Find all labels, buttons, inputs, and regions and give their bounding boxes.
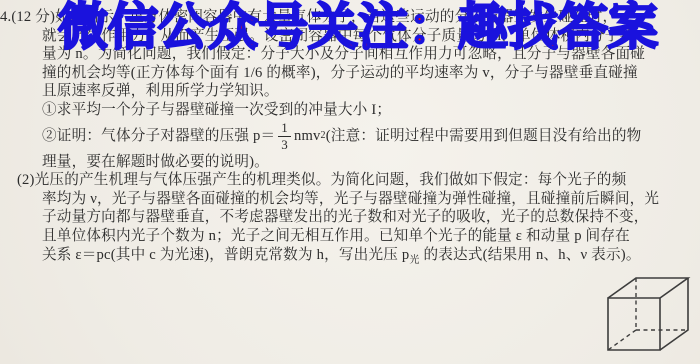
cube-hidden-depth-edge [608,330,636,350]
cube-top-face-edges [608,278,688,298]
problem-line-2: 就会产生作用力，从而产生压强。设密闭容器中每个气体分子质量为 m，单位体积内分子… [42,27,700,46]
formula-term: nmv [294,127,321,146]
formula-post-text: (注意：证明过程中需要用到但题目没有给出的物 [326,127,642,146]
formula-pre-text: ②证明：气体分子对器壁的压强 p＝ [42,127,275,146]
problem-line-9: (2)光压的产生机理与气体压强产生的机理类似。为简化问题，我们做如下假定：每个光… [17,171,700,190]
problem-line-4: 撞的机会均等(正方体每个面有 1/6 的概率)，分子运动的平均速率为 v，分子与… [42,64,700,83]
problem-line-11: 子动量方向都与器壁垂直，不考虑器壁发出的光子数和对光子的吸收，光子的总数保持不变… [42,208,700,227]
problem-line-1: 4.(12 分)如图所示，正方体密闭容器中有大量气体分子，当这些运动的分子与器壁… [0,8,700,27]
problem-line-6: ①求平均一个分子与器壁碰撞一次受到的冲量大小 I； [42,101,700,120]
light-pressure-pre-text: 关系 ε＝pc(其中 c 为光速)，普朗克常数为 h，写出光压 p [42,247,409,263]
fraction-numerator: 1 [278,121,291,137]
cube-wireframe-figure [598,272,698,360]
cube-front-face [608,298,660,350]
problem-line-5: 且原速率反弹，利用所学力学知识。 [42,82,700,101]
problem-line-7-formula: ②证明：气体分子对器壁的压强 p＝13nmv2(注意：证明过程中需要用到但题目没… [42,120,700,153]
light-pressure-subscript: 光 [409,254,419,265]
problem-line-10: 率均为 ν，光子与器壁各面碰撞的机会均等，光子与器壁碰撞为弹性碰撞，且碰撞前后瞬… [42,190,700,209]
fraction-denominator: 3 [281,137,288,152]
problem-line-12: 且单位体积内光子个数为 n；光子之间无相互作用。已知单个光子的能量 ε 和动量 … [42,227,700,246]
problem-line-8: 理量，要在解题时做必要的说明)。 [42,153,700,172]
exam-page: 4.(12 分)如图所示，正方体密闭容器中有大量气体分子，当这些运动的分子与器壁… [0,0,700,364]
fraction-one-third: 13 [278,121,291,151]
problem-text-block: 4.(12 分)如图所示，正方体密闭容器中有大量气体分子，当这些运动的分子与器壁… [0,8,700,264]
problem-line-13: 关系 ε＝pc(其中 c 为光速)，普朗克常数为 h，写出光压 p光 的表达式(… [42,246,700,265]
problem-line-3: 量为 n。为简化问题，我们假定：分子大小及分子间相互作用力可忽略，且分子与器壁各… [42,45,700,64]
light-pressure-post-text: 的表达式(结果用 n、h、ν 表示)。 [420,247,641,263]
